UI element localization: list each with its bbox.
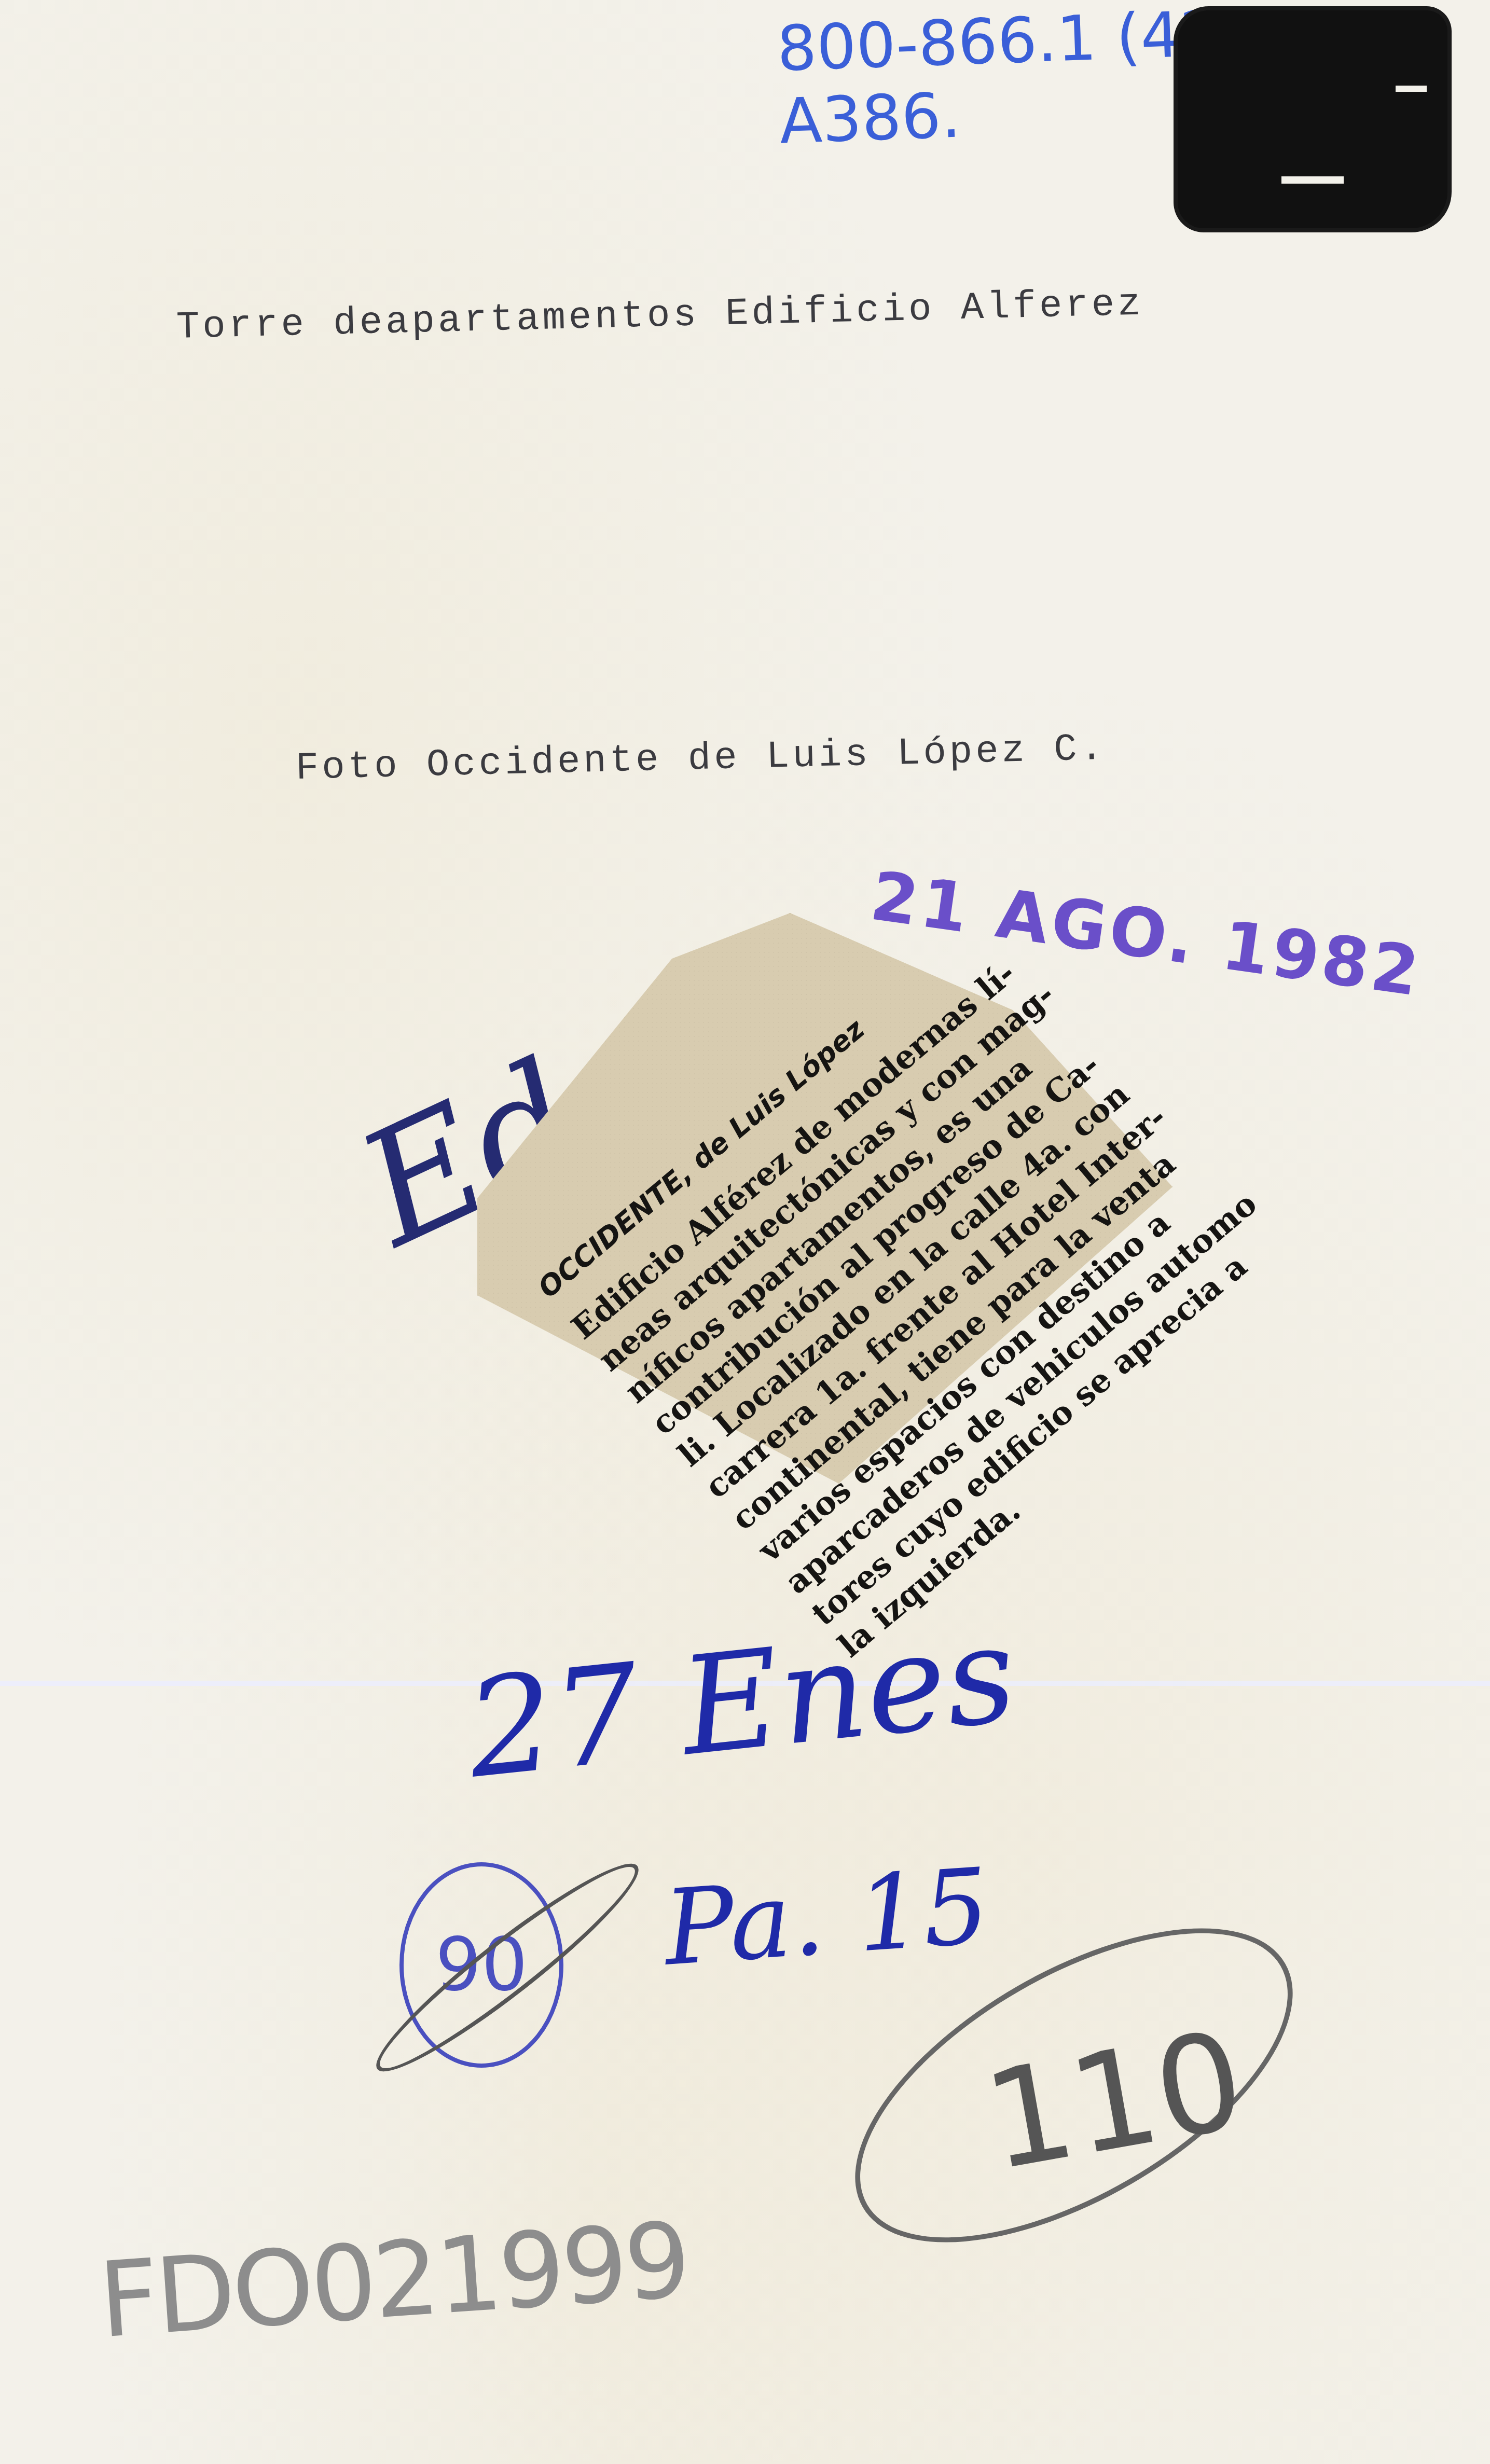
- typed-photo-credit: Foto Occidente de Luis López C.: [295, 727, 1107, 791]
- handwritten-page-note: Pa. 15: [660, 1846, 993, 1989]
- archive-id: FDO021999: [95, 2200, 691, 2362]
- handwritten-date-note: 27 Enes: [460, 1596, 1023, 1809]
- redaction-marker-block: [1178, 10, 1447, 228]
- reference-code: 800-866.1 (42) A386.: [776, 0, 1248, 159]
- typed-title: Torre deapartamentos Edificio Alferez: [176, 282, 1144, 350]
